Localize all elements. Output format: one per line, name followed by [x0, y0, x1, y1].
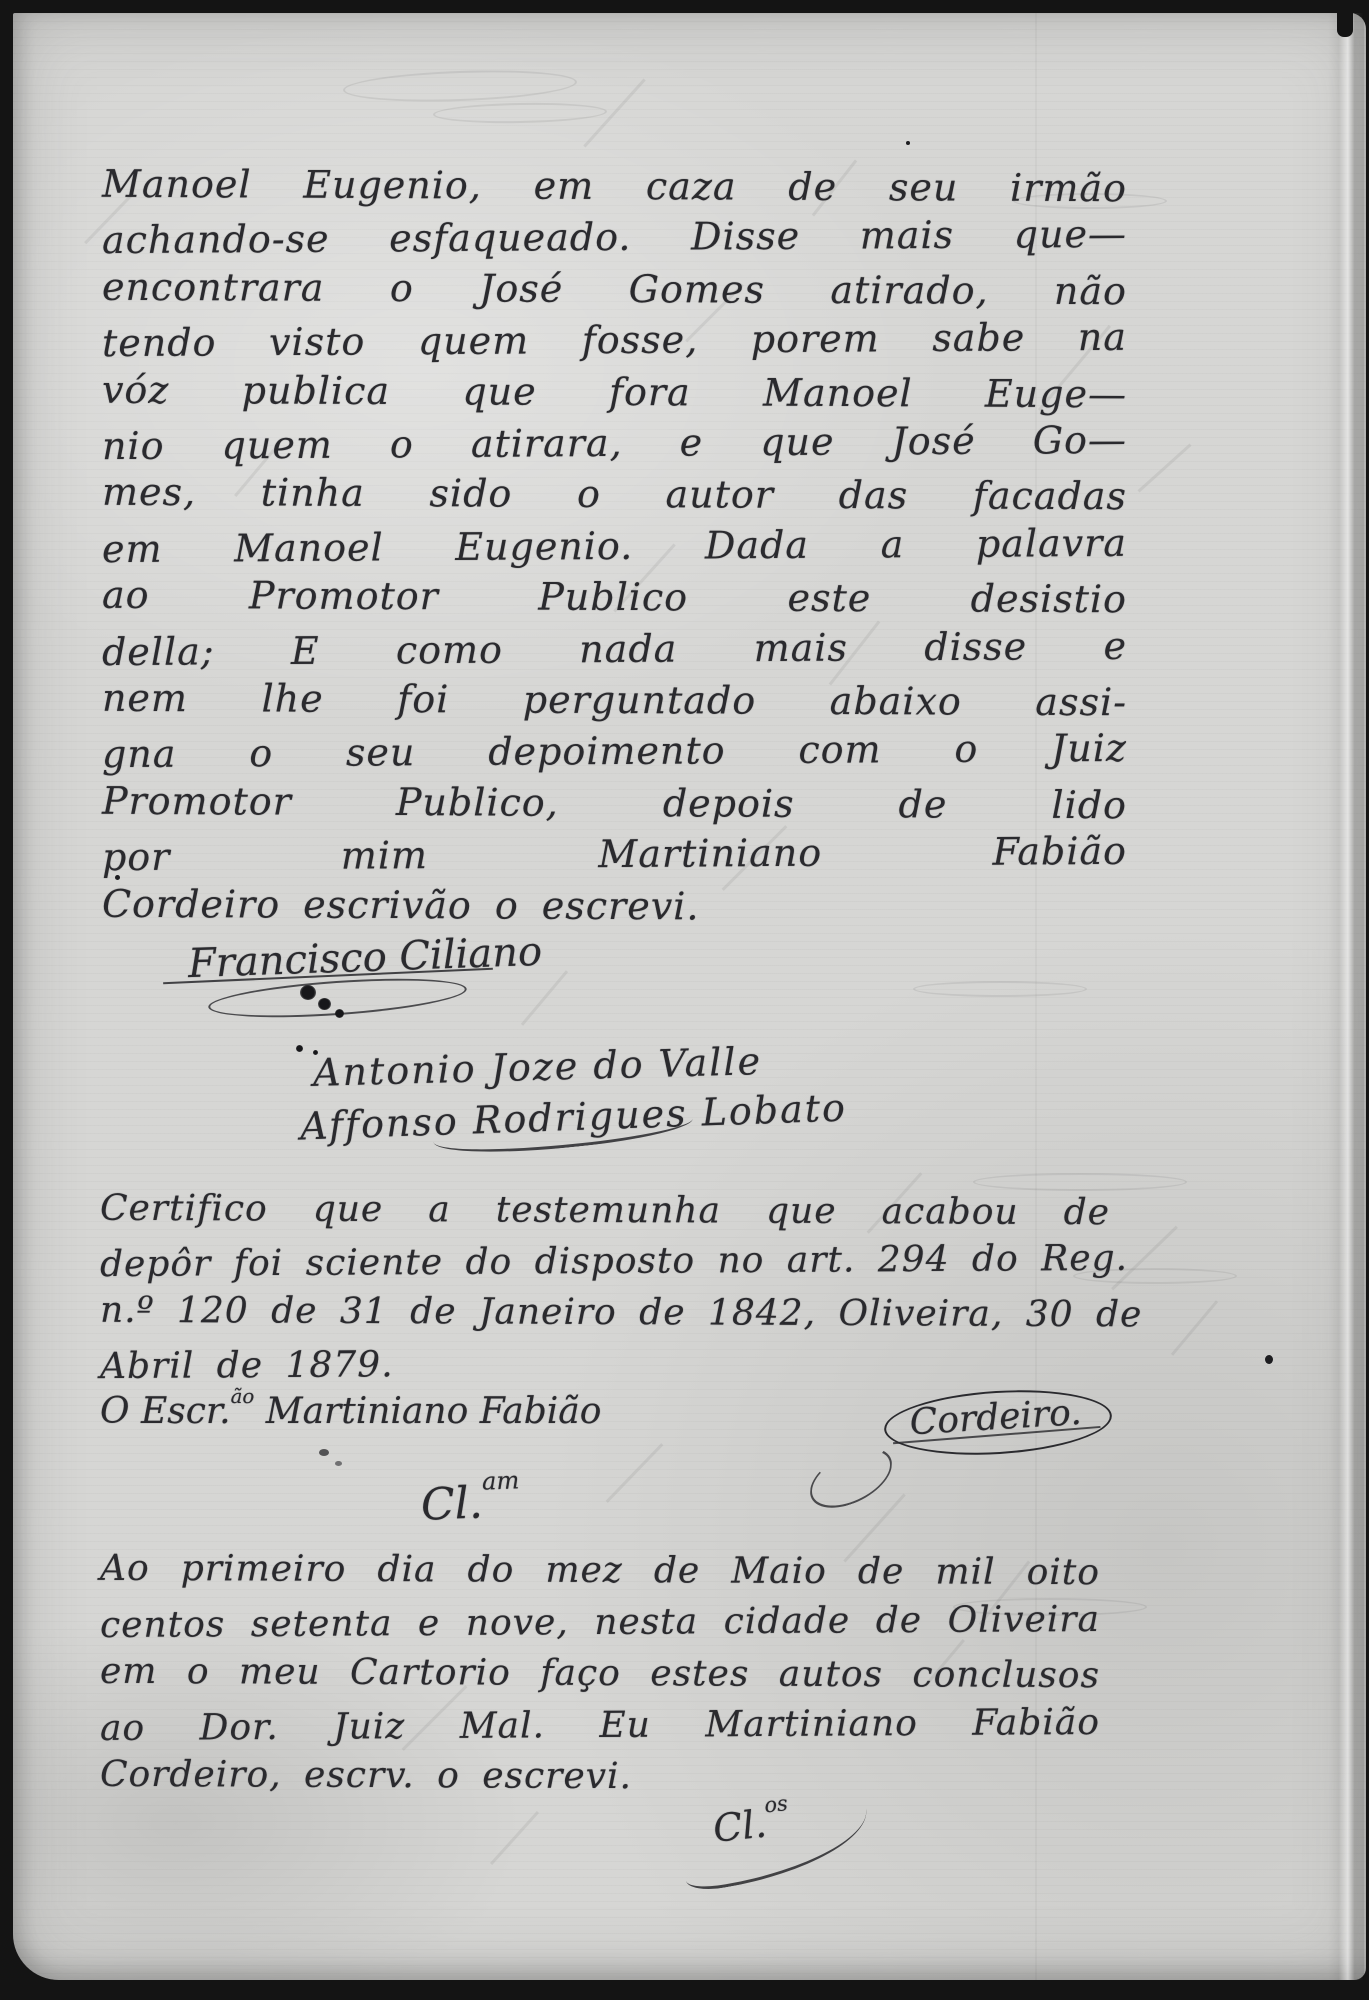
manuscript-line: nem lhe foi perguntado abaixo assi- — [102, 673, 1127, 729]
manuscript-line: ao Promotor Publico este desistio — [102, 570, 1127, 626]
ink-speck — [906, 141, 910, 145]
ink-smudge — [335, 1461, 342, 1466]
ink-blot — [318, 998, 331, 1010]
manuscript-line: n.º 120 de 31 de Janeiro de 1842, Olivei… — [100, 1285, 1110, 1340]
manuscript-line: nio quem o atirara, e que José Go— — [102, 415, 1127, 473]
manuscript-line: vóz publica que fora Manoel Euge— — [102, 364, 1127, 420]
signature-antonio-valle: Antonio Joze do Valle — [313, 1039, 763, 1095]
manuscript-line: della; E como nada mais disse e — [102, 621, 1127, 679]
page-fold-line — [1328, 13, 1364, 1980]
bleed-through-mark — [1137, 443, 1191, 492]
deposition-paragraph: Manoel Eugenio, em caza de seu irmãoacha… — [102, 161, 1127, 932]
manuscript-line: mes, tinha sido o autor das facadas — [102, 467, 1127, 523]
document-page: Manoel Eugenio, em caza de seu irmãoacha… — [13, 13, 1366, 1980]
rubric-swash — [677, 1795, 876, 1894]
manuscript-line: gna o seu depoimento com o Juiz — [102, 723, 1127, 781]
manuscript-line: tendo visto quem fosse, porem sabe na — [102, 312, 1127, 370]
clerk-certificate: Certifico que a testemunha que acabou de… — [100, 1185, 1110, 1389]
manuscript-line: por mim Martiniano Fabião — [102, 826, 1127, 884]
conclusion-paragraph: Ao primeiro dia do mez de Maio de mil oi… — [100, 1545, 1100, 1803]
manuscript-line: Promotor Publico, depois de lido — [102, 776, 1127, 832]
bleed-through-squiggle — [433, 101, 607, 124]
scan-background: Manoel Eugenio, em caza de seu irmãoacha… — [0, 0, 1369, 2000]
manuscript-line: Abril de 1879. — [100, 1335, 1110, 1392]
scan-edge-notch — [1337, 13, 1353, 37]
bleed-through-mark — [1171, 1300, 1218, 1356]
manuscript-line: centos setenta e nove, nesta cidade de O… — [100, 1593, 1100, 1651]
ink-blot — [300, 985, 316, 1000]
abbreviation-superscript: ão — [231, 1385, 255, 1408]
manuscript-line: Cordeiro, escrv. o escrevi. — [100, 1749, 1100, 1805]
certificate-signature-line: O Escr.ão Martiniano Fabião Cordeiro. — [100, 1391, 1112, 1454]
manuscript-line: Ao primeiro dia do mez de Maio de mil oi… — [100, 1543, 1100, 1599]
conclusion-abbreviation: Cl.am — [420, 1476, 521, 1530]
abbreviation-superscript: am — [481, 1467, 519, 1496]
ink-blot — [296, 1045, 303, 1052]
manuscript-line: ao Dor. Juiz Mal. Eu Martiniano Fabião — [100, 1696, 1100, 1754]
certificate-signer-name: O Escr.ão Martiniano Fabião — [100, 1391, 601, 1432]
manuscript-line: encontrara o José Gomes atirado, não — [102, 262, 1127, 318]
manuscript-line: Manoel Eugenio, em caza de seu irmão — [102, 159, 1127, 215]
manuscript-line: Certifico que a testemunha que acabou de — [100, 1183, 1110, 1238]
circled-surname-cordeiro: Cordeiro. — [882, 1384, 1113, 1461]
bleed-through-squiggle — [343, 67, 578, 105]
bleed-through-mark — [490, 1811, 539, 1865]
manuscript-line: achando-se esfaqueado. Disse mais que— — [102, 209, 1127, 267]
manuscript-line: em o meu Cartorio faço estes autos concl… — [100, 1646, 1100, 1702]
bleed-through-mark — [521, 970, 568, 1026]
manuscript-line: Cordeiro escrivão o escrevi. — [102, 878, 1127, 934]
bleed-through-squiggle — [913, 981, 1087, 997]
manuscript-line: em Manoel Eugenio. Dada a palavra — [102, 518, 1127, 576]
ink-blot — [335, 1009, 344, 1018]
ink-speck — [1265, 1355, 1273, 1364]
manuscript-line: depôr foi sciente do disposto no art. 29… — [100, 1233, 1110, 1290]
